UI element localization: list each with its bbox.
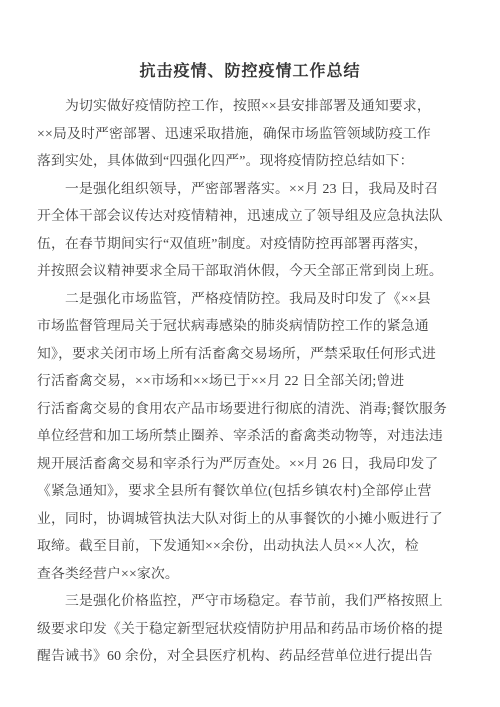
text-line: 行活畜禽交易的食用农产品市场要进行彻底的清洗、消毒;餐饮服务 [37,395,463,423]
text-line: 伍，在春节期间实行“双值班”制度。对疫情防控再部署再落实， [37,230,463,258]
text-line: 业，同时，协调城管执法大队对街上的从事餐饮的小摊小贩进行了 [37,505,463,533]
paragraph: 为切实做好疫情防控工作，按照××县安排部署及通知要求，××局及时严密部署、迅速采… [37,92,463,175]
text-line: 行活畜禽交易，××市场和××场已于××月 22 日全部关闭;曾进 [37,367,463,395]
text-line: 开全体干部会议传达对疫情精神，迅速成立了领导组及应急执法队 [37,202,463,230]
text-line: 《紧急通知》，要求全县所有餐饮单位(包括乡镇农村)全部停止营 [37,477,463,505]
text-line: 落到实处，具体做到“四强化四严”。现将疫情防控总结如下： [37,147,463,175]
text-line: 并按照会议精神要求全局干部取消休假，今天全部正常到岗上班。 [37,257,463,285]
text-line: 二是强化市场监管，严格疫情防控。我局及时印发了《××县 [37,285,463,313]
text-line: 知》，要求关闭市场上所有活畜禽交易场所，严禁采取任何形式进 [37,340,463,368]
text-line: 市场监督管理局关于冠状病毒感染的肺炎病情防控工作的紧急通 [37,312,463,340]
text-line: 一是强化组织领导，严密部署落实。××月 23 日，我局及时召 [37,175,463,203]
text-line: 取缔。截至目前，下发通知××余份，出动执法人员××人次，检 [37,532,463,560]
text-line: 醒告诫书》60 余份，对全县医疗机构、药品经营单位进行提出告 [37,642,463,670]
text-line: 单位经营和加工场所禁止圈养、宰杀活的畜禽类动物等，对违法违 [37,422,463,450]
text-line: ××局及时严密部署、迅速采取措施，确保市场监管领域防疫工作 [37,120,463,148]
text-line: 为切实做好疫情防控工作，按照××县安排部署及通知要求， [37,92,463,120]
document-body: 为切实做好疫情防控工作，按照××县安排部署及通知要求，××局及时严密部署、迅速采… [37,92,463,670]
paragraph: 三是强化价格监控，严守市场稳定。春节前，我们严格按照上级要求印发《关于稳定新型冠… [37,587,463,670]
document-page: 抗击疫情、防控疫情工作总结 为切实做好疫情防控工作，按照××县安排部署及通知要求… [0,0,500,707]
document-title: 抗击疫情、防控疫情工作总结 [0,0,500,81]
text-line: 三是强化价格监控，严守市场稳定。春节前，我们严格按照上 [37,587,463,615]
text-line: 查各类经营户××家次。 [37,560,463,588]
paragraph: 二是强化市场监管，严格疫情防控。我局及时印发了《××县市场监督管理局关于冠状病毒… [37,285,463,588]
paragraph: 一是强化组织领导，严密部署落实。××月 23 日，我局及时召开全体干部会议传达对… [37,175,463,285]
text-line: 级要求印发《关于稳定新型冠状疫情防护用品和药品市场价格的提 [37,615,463,643]
text-line: 规开展活畜禽交易和宰杀行为严厉查处。××月 26 日，我局印发了 [37,450,463,478]
